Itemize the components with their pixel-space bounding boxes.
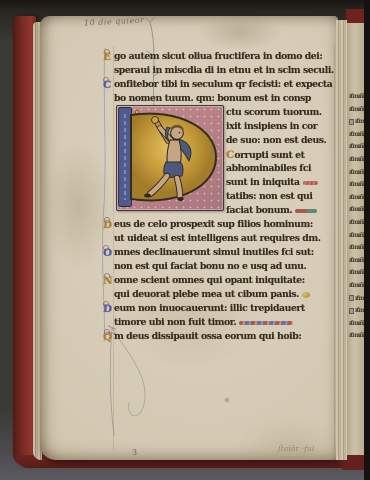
- facing-text-row: ıťmıñļıťıļm: [349, 282, 365, 295]
- facing-text-row: ıťmıñļıťıļm: [349, 93, 365, 106]
- text-line: qui deuorat plebe mea ut cibum panis.: [114, 288, 340, 302]
- text-line: de suo: non est deus.: [114, 134, 340, 148]
- line-text: eum non inuocauerunt: illic trepidauert: [114, 303, 305, 314]
- facing-glyphs: ıťmıñļıťıļm: [349, 169, 365, 176]
- line-text: orrupti sunt et: [234, 150, 304, 161]
- text-line: Deum non inuocauerunt: illic trepidauert: [114, 302, 340, 316]
- line-text: de suo: non est deus.: [226, 135, 326, 146]
- facing-glyphs: ıťmıñļıťıļm: [349, 219, 365, 226]
- photo-right-edge: [364, 0, 370, 480]
- text-line: sunt in iniquita: [114, 176, 340, 190]
- manuscript-photo: 10 die quieor: [0, 0, 370, 480]
- facing-glyphs: ıťmıñļıťıļm: [349, 332, 365, 339]
- text-block: Ego autem sicut oliua fructifera in domo…: [114, 50, 340, 344]
- facing-glyphs: ıťmıñļıťıļm: [349, 244, 365, 251]
- line-text: speraui in miscdia di in etnu et in sclm…: [114, 65, 334, 76]
- facing-glyphs: ıťmıñļıťıļm: [349, 156, 365, 163]
- text-line: tatibs: non est qui: [114, 190, 340, 204]
- versal-initial: C: [103, 78, 111, 92]
- line-filler-ornament: [303, 181, 318, 185]
- versal-initial: N: [103, 274, 113, 288]
- facing-text-row: ıťmıñļıťıļm: [349, 320, 365, 333]
- facing-text-row: ıťmıñļıťıļm: [349, 143, 365, 156]
- facing-glyphs: ıťmıñļıťıļm: [349, 232, 365, 239]
- facing-glyphs: ıťmıñļıťıļm: [349, 131, 365, 138]
- facing-glyphs: ıťmıñļıťıļm: [349, 282, 365, 289]
- text-line: Corrupti sunt et: [114, 148, 340, 162]
- line-text: go autem sicut oliua fructifera in domo …: [114, 51, 322, 62]
- versal-initial: O: [103, 246, 112, 260]
- text-line: speraui in miscdia di in etnu et in sclm…: [114, 64, 340, 78]
- line-text: abhominabiles fci: [226, 163, 311, 174]
- facing-glyphs: ıťmıñļıťıļm: [349, 106, 365, 113]
- text-line: bo nomen tuum. qm: bonum est in consp: [114, 92, 340, 106]
- facing-page-text: ıťmıñļıťıļmıťmıñļıťıļmıťmıñļıťıļmıťmıñļı…: [349, 93, 365, 345]
- facing-text-row: ıťmıñļıťıļm: [349, 156, 365, 169]
- line-filler-ornament: [295, 209, 317, 213]
- facing-glyphs: ıťmıñļıťıļm: [349, 181, 365, 188]
- text-line: Confitebor tibi in seculum qr fecisti: e…: [114, 78, 340, 92]
- line-text: bo nomen tuum. qm: bonum est in consp: [114, 93, 311, 104]
- facing-text-row: ıťmıñļıťıļm: [349, 181, 365, 194]
- facing-gold-initial: [349, 308, 354, 314]
- bottom-left-folio-mark: 3: [132, 448, 137, 457]
- text-line: ctu scorum tuorum.: [114, 106, 340, 120]
- facing-text-row: ıťmıñļıťıļm: [349, 244, 365, 257]
- line-text: ixit insipiens in cor: [226, 121, 317, 132]
- versal-initial: D: [103, 302, 112, 316]
- bottom-right-faint-note: ſtaiōr ·ful: [278, 445, 314, 453]
- top-ink-inscription: 10 die quieor: [84, 15, 145, 27]
- line-text: onne scient omnes qui opant iniquitate:: [114, 275, 305, 286]
- facing-text-row: ıťmıñļıťıļm: [349, 106, 365, 119]
- facing-text-row: ıťmıñļıťıļm: [349, 194, 365, 207]
- versal-initial: Q: [103, 330, 112, 344]
- facing-text-row: ıťmıñļıťıļm: [349, 131, 365, 144]
- facing-glyphs: ıťmıñļıťıļm: [349, 93, 365, 100]
- line-text: sunt in iniquita: [226, 177, 300, 188]
- facing-glyphs: ıťmıñļıťıļm: [349, 269, 365, 276]
- parchment-page: 10 die quieor: [40, 16, 338, 460]
- facing-glyphs: ıťmıñļıťıļm: [349, 320, 365, 327]
- facing-text-row: ıťmıñļıťıļm: [349, 206, 365, 219]
- facing-text-row: ıťmıñļıťıļm: [349, 307, 365, 320]
- line-text: ctu scorum tuorum.: [226, 107, 322, 118]
- facing-glyphs: ıťmıñļıťıļm: [349, 194, 365, 201]
- facing-text-row: ıťmıñļıťıļm: [349, 232, 365, 245]
- facing-text-row: ıťmıñļıťıļm: [349, 219, 365, 232]
- text-line: ixit insipiens in cor: [114, 120, 340, 134]
- facing-gold-initial: [349, 295, 354, 301]
- line-text: qui deuorat plebe mea ut cibum panis.: [114, 289, 299, 300]
- line-text: m deus dissipauit ossa eorum qui hoib:: [114, 331, 301, 342]
- versal-initial: E: [103, 50, 111, 64]
- text-line: faciat bonum.: [114, 204, 340, 218]
- line-text: tatibs: non est qui: [226, 191, 312, 202]
- facing-text-row: ıťmıñļıťıļm: [349, 169, 365, 182]
- text-line: abhominabiles fci: [114, 162, 340, 176]
- facing-glyphs: ıťmıñļıťıļm: [349, 143, 365, 150]
- line-text: ut uideat si est intelligens aut require…: [114, 233, 321, 244]
- versal-initial: D: [103, 218, 112, 232]
- facing-text-row: ıťmıñļıťıļm: [349, 257, 365, 270]
- line-text: non est qui faciat bonu no e usq ad unu.: [114, 261, 306, 272]
- text-line: Qm deus dissipauit ossa eorum qui hoib:: [114, 330, 340, 344]
- line-filler-ornament: [239, 321, 293, 325]
- facing-gold-initial: [349, 119, 354, 125]
- text-line: Nonne scient omnes qui opant iniquitate:: [114, 274, 340, 288]
- facing-text-row: ıťmıñļıťıļm: [349, 269, 365, 282]
- text-line: Ego autem sicut oliua fructifera in domo…: [114, 50, 340, 64]
- line-text: onfitebor tibi in seculum qr fecisti: et…: [114, 79, 332, 90]
- line-text: eus de celo prospexit sup filios hominum…: [114, 219, 313, 230]
- facing-glyphs: ıťmıñļıťıļm: [349, 257, 365, 264]
- text-line: ut uideat si est intelligens aut require…: [114, 232, 340, 246]
- line-filler-ornament: [302, 292, 310, 298]
- facing-text-row: ıťmıñļıťıļm: [349, 332, 365, 345]
- line-text: faciat bonum.: [226, 205, 292, 216]
- text-line: Deus de celo prospexit sup filios hominu…: [114, 218, 340, 232]
- facing-text-row: ıťmıñļıťıļm: [349, 118, 365, 131]
- text-line: timore ubi non fuit timor.: [114, 316, 340, 330]
- text-line: non est qui faciat bonu no e usq ad unu.: [114, 260, 340, 274]
- facing-glyphs: ıťmıñļıťıļm: [349, 206, 365, 213]
- facing-text-row: ıťmıñļıťıļm: [349, 295, 365, 308]
- line-text: timore ubi non fuit timor.: [114, 317, 236, 328]
- fore-edge-page-stack: [336, 20, 347, 460]
- facing-page-sliver: ıťmıñļıťıļmıťmıñļıťıļmıťmıñļıťıļmıťmıñļı…: [347, 23, 365, 455]
- line-text: mnes declinauerunt simul inutiles fci su…: [114, 247, 314, 258]
- text-line: Omnes declinauerunt simul inutiles fci s…: [114, 246, 340, 260]
